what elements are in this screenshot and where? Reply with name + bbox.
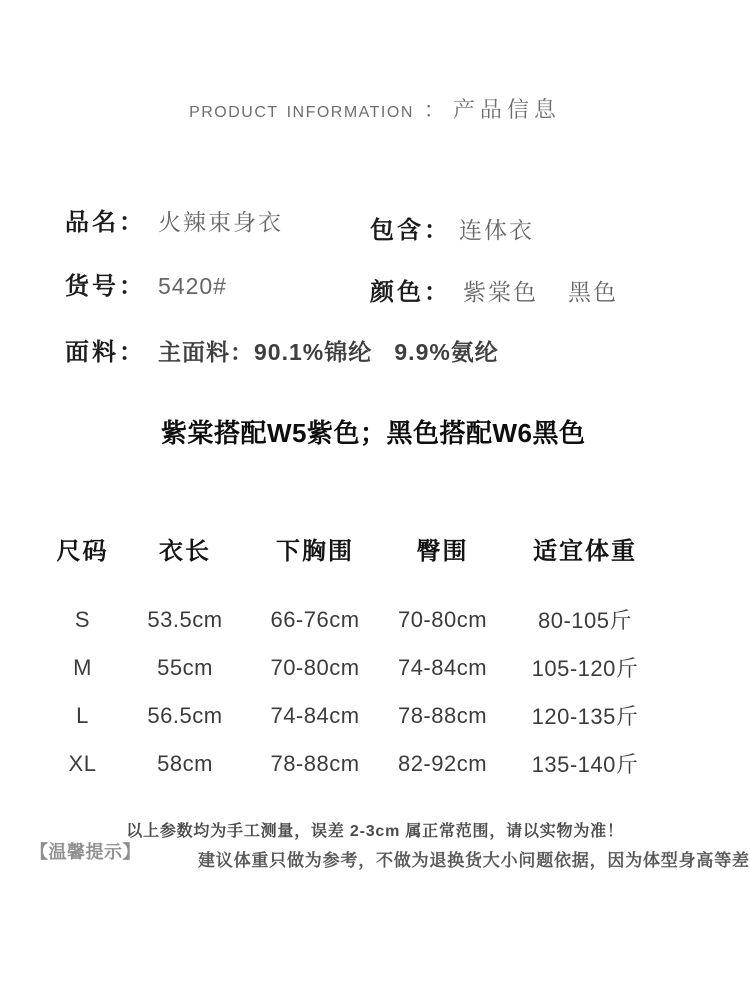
size-cell: XL	[40, 751, 125, 777]
sku-label: 货号：	[65, 273, 146, 300]
length-cell: 55cm	[125, 655, 245, 681]
color-row: 颜色：紫棠色黑色	[370, 272, 618, 307]
page-title-english: Product Information	[189, 96, 414, 122]
weight-cell: 80-105斤	[500, 604, 670, 635]
hip-cell: 78-88cm	[385, 703, 500, 729]
underbust-cell: 66-76cm	[245, 607, 385, 633]
contains-value: 连体衣	[459, 217, 534, 243]
product-info-sheet: { "header": { "title_en": "Product Infor…	[0, 0, 750, 986]
size-table-header-underbust: 下胸围	[245, 531, 385, 566]
weight-cell: 135-140斤	[500, 748, 670, 779]
fabric-value: 主面料：90.1%锦纶 9.9%氨纶	[158, 339, 499, 365]
underbust-cell: 78-88cm	[245, 751, 385, 777]
page-title: Product Information：产品信息	[0, 93, 750, 124]
length-cell: 58cm	[125, 751, 245, 777]
warm-tip-label: 【温馨提示】	[30, 838, 141, 864]
sku-row: 货号：5420#	[65, 266, 227, 301]
size-table-row-l: L 56.5cm 74-84cm 78-88cm 120-135斤	[40, 700, 670, 731]
size-table-header-size: 尺码	[40, 531, 125, 566]
length-cell: 56.5cm	[125, 703, 245, 729]
weight-cell: 105-120斤	[500, 652, 670, 683]
hip-cell: 74-84cm	[385, 655, 500, 681]
color-value-black: 黑色	[568, 279, 618, 305]
hip-cell: 70-80cm	[385, 607, 500, 633]
size-table-row-xl: XL 58cm 78-88cm 82-92cm 135-140斤	[40, 748, 670, 779]
size-table-row-s: S 53.5cm 66-76cm 70-80cm 80-105斤	[40, 604, 670, 635]
color-value-purple: 紫棠色	[463, 279, 538, 305]
page-title-chinese: 产品信息	[453, 97, 561, 122]
fabric-label: 面料：	[65, 339, 146, 366]
contains-row: 包含：连体衣	[370, 210, 534, 245]
size-cell: L	[40, 703, 125, 729]
color-label: 颜色：	[370, 279, 451, 306]
product-name-value: 火辣束身衣	[158, 209, 283, 235]
size-cell: M	[40, 655, 125, 681]
underbust-cell: 74-84cm	[245, 703, 385, 729]
size-table-header-length: 衣长	[125, 531, 245, 566]
size-table-header-hip: 臀围	[385, 531, 500, 566]
page-title-separator: ：	[424, 99, 445, 122]
size-table-header-weight: 适宜体重	[500, 531, 670, 566]
weight-disclaimer: 建议体重只做为参考，不做为退换货大小问题依据，因为体型身高等差异，请谅解	[198, 846, 750, 871]
sku-value: 5420#	[158, 273, 227, 299]
product-name-row: 品名：火辣束身衣	[65, 202, 283, 237]
color-pairing-note: 紫棠搭配W5紫色；黑色搭配W6黑色	[161, 413, 586, 450]
underbust-cell: 70-80cm	[245, 655, 385, 681]
product-name-label: 品名：	[65, 209, 146, 236]
contains-label: 包含：	[370, 217, 451, 244]
hip-cell: 82-92cm	[385, 751, 500, 777]
length-cell: 53.5cm	[125, 607, 245, 633]
fabric-row: 面料：主面料：90.1%锦纶 9.9%氨纶	[65, 332, 499, 367]
weight-cell: 120-135斤	[500, 700, 670, 731]
size-cell: S	[40, 607, 125, 633]
size-table-header-row: 尺码 衣长 下胸围 臀围 适宜体重	[40, 531, 670, 566]
size-table-row-m: M 55cm 70-80cm 74-84cm 105-120斤	[40, 652, 670, 683]
